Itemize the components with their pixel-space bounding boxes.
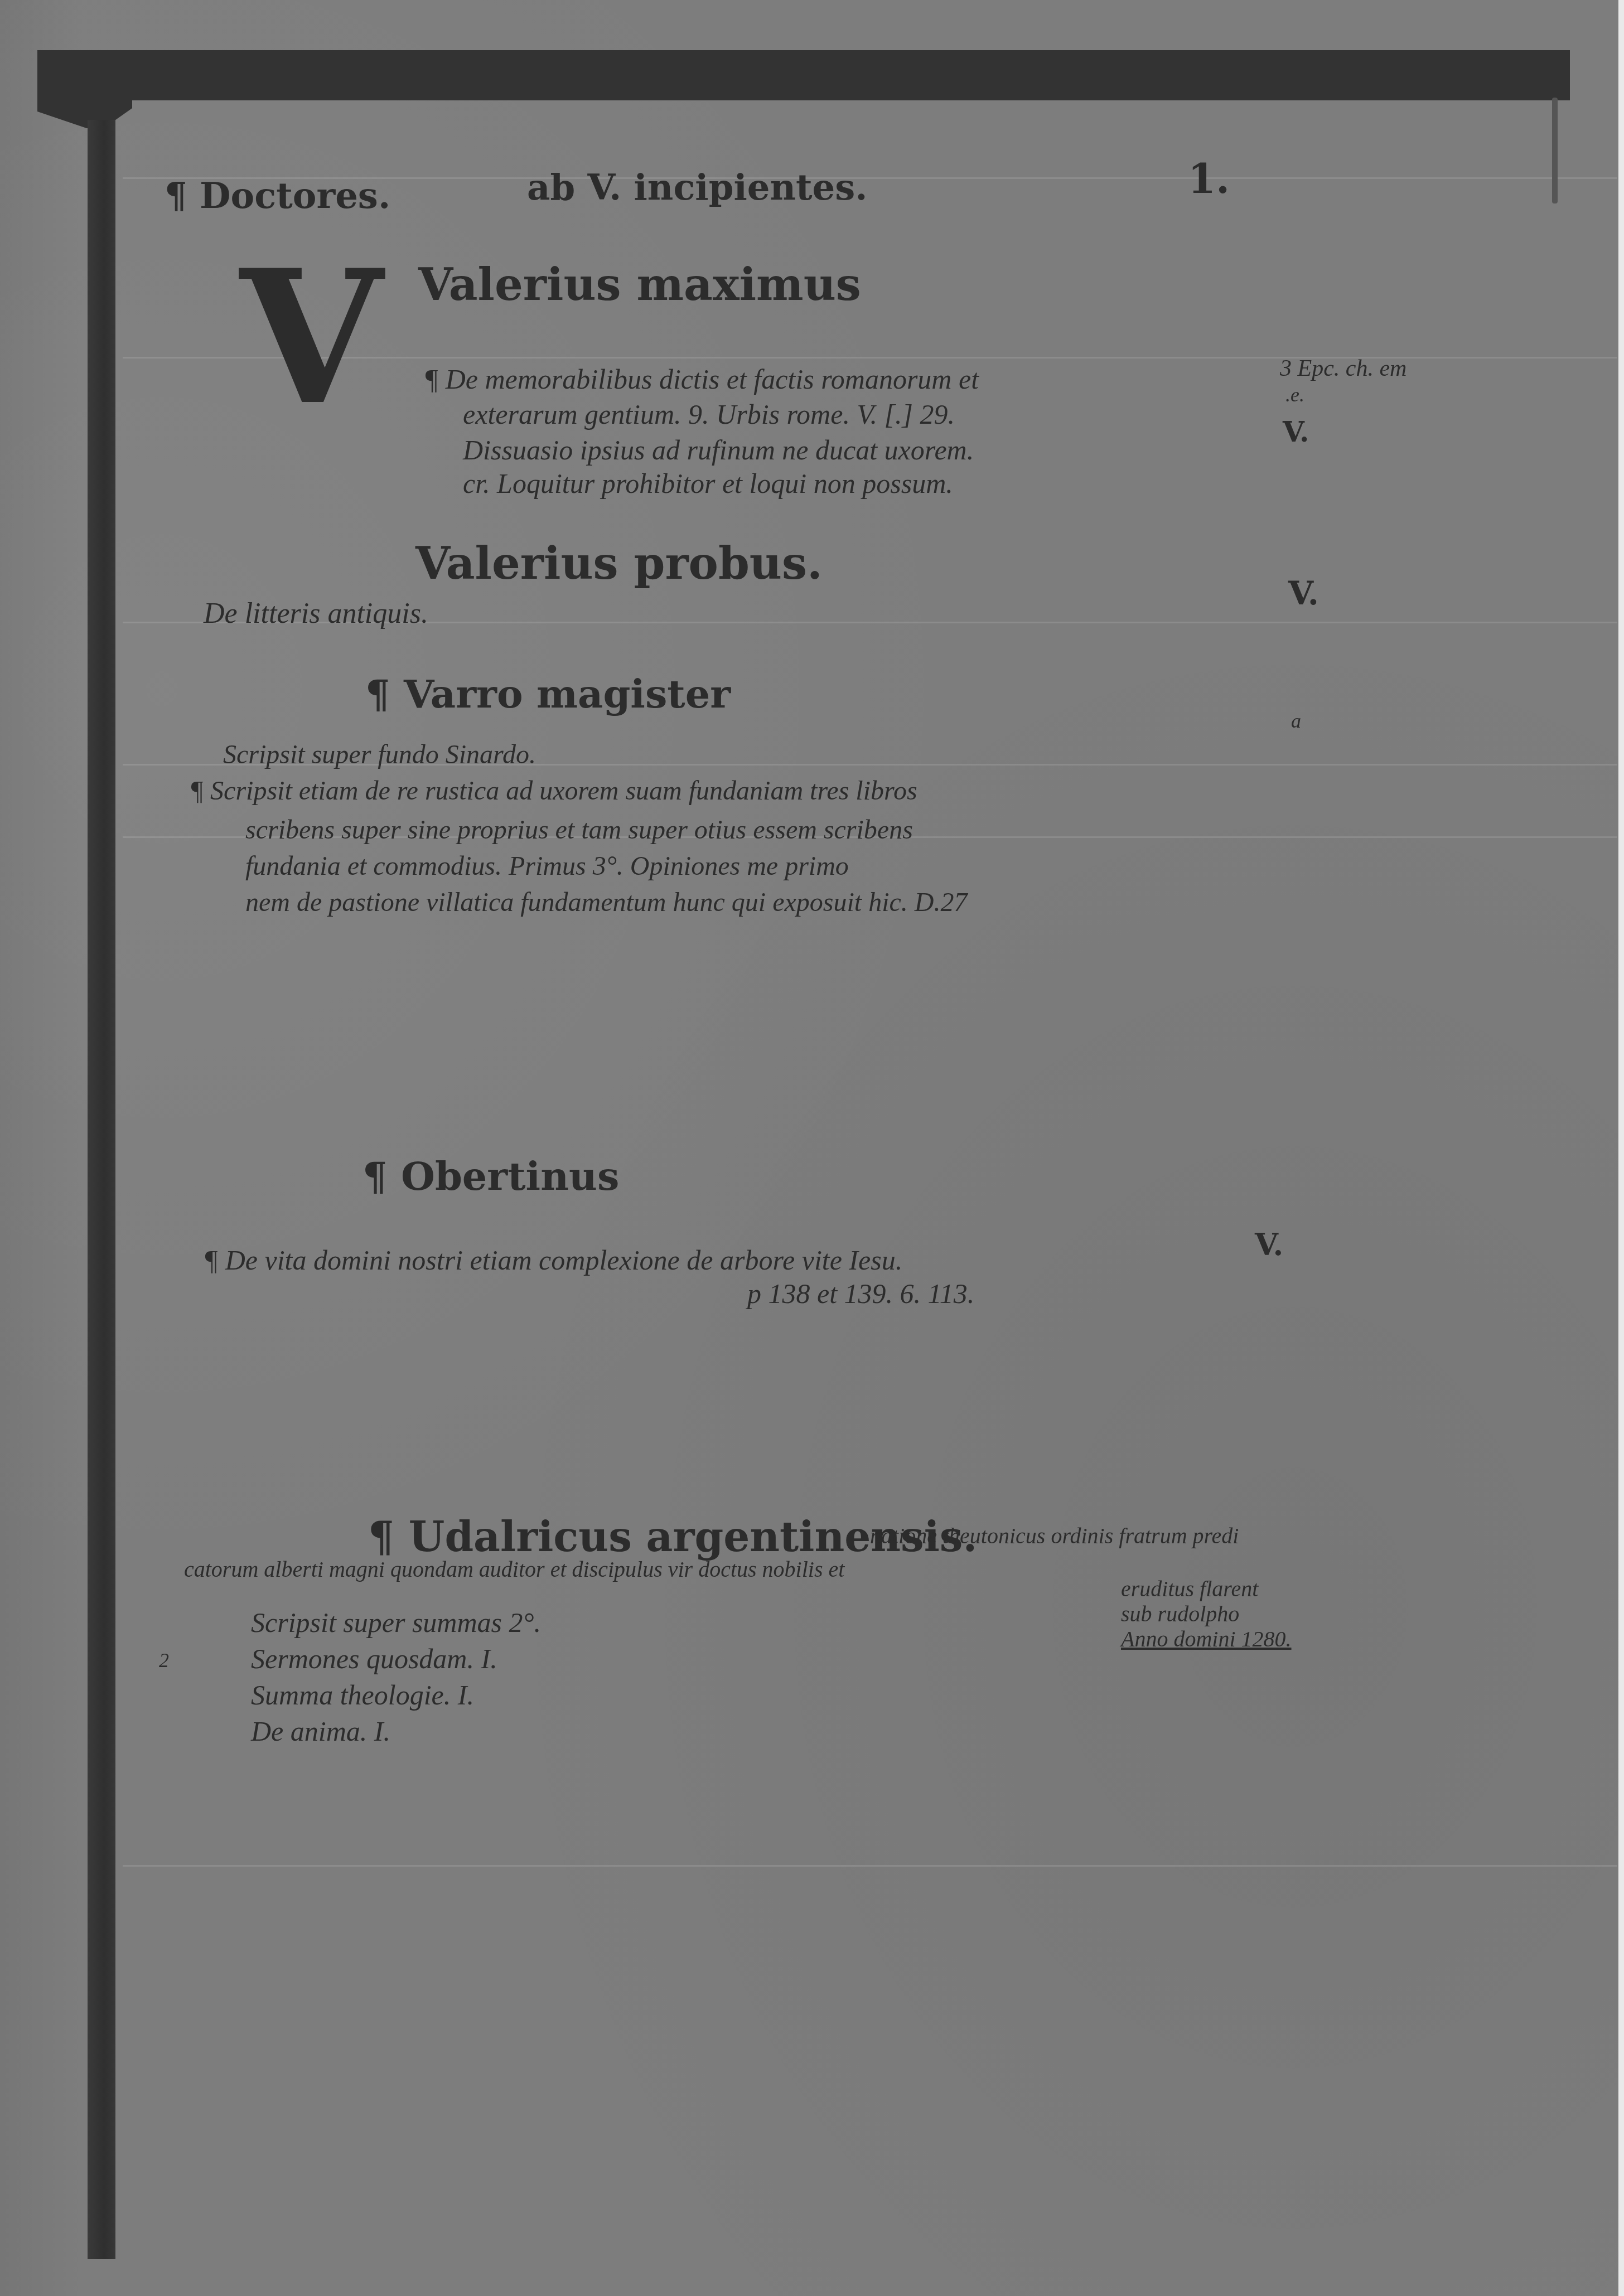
entry-line: ¶ De vita domini nostri etiam complexion… — [204, 1246, 902, 1274]
scan-edge — [1618, 0, 1624, 2296]
entry-line: Dissuasio ipsius ad rufinum ne ducat uxo… — [463, 436, 974, 464]
margin-note: 3 Epc. ch. em — [1280, 357, 1406, 380]
margin-note: 2 — [159, 1650, 169, 1670]
entry-line: De anima. I. — [251, 1717, 390, 1745]
entry-line: Sermones quosdam. I. — [251, 1645, 497, 1673]
margin-note: a — [1291, 711, 1301, 731]
decorated-initial: V — [240, 245, 383, 429]
margin-note: V. — [1255, 1229, 1283, 1260]
margin-note: V. — [1288, 577, 1319, 609]
entry-line: cr. Loquitur prohibitor et loqui non pos… — [463, 469, 953, 497]
margin-note: V. — [1283, 418, 1309, 446]
ink-drip — [1552, 98, 1558, 204]
margin-note: .e. — [1285, 385, 1304, 405]
entry-line: ¶ De memorabilibus dictis et factis roma… — [424, 365, 979, 393]
frame-left-bar — [88, 120, 115, 2259]
header-center: ab V. incipientes. — [527, 170, 868, 206]
entry-line: De litteris antiquis. — [204, 599, 428, 628]
author-heading: Valerius maximus — [418, 262, 861, 307]
entry-line: Scripsit super summas 2°. — [251, 1609, 541, 1636]
frame-top-bar — [37, 50, 1570, 100]
entry-line: ¶ Scripsit etiam de re rustica ad uxorem… — [190, 778, 917, 805]
author-note: eruditus flarent — [1121, 1578, 1258, 1600]
author-heading: ¶ Varro magister — [365, 675, 731, 714]
margin-shade — [0, 0, 84, 2296]
author-note: catorum alberti magni quondam auditor et… — [184, 1558, 844, 1581]
author-note: natione theutonicus ordinis fratrum pred… — [870, 1525, 1239, 1547]
entry-line: nem de pastione villatica fundamentum hu… — [245, 889, 967, 916]
entry-line: p 138 et 139. 6. 113. — [747, 1280, 974, 1307]
entry-line: Summa theologie. I. — [251, 1681, 474, 1709]
entry-line: scribens super sine proprius et tam supe… — [245, 817, 913, 844]
author-note: Anno domini 1280. — [1121, 1628, 1292, 1650]
folio-number: 1. — [1188, 159, 1230, 199]
author-note: sub rudolpho — [1121, 1603, 1239, 1625]
header-left: ¶ Doctores. — [165, 178, 390, 214]
author-heading: ¶ Obertinus — [362, 1157, 619, 1196]
entry-line: Scripsit super fundo Sinardo. — [223, 742, 536, 768]
entry-line: fundania et commodius. Primus 3°. Opinio… — [245, 853, 849, 880]
entry-line: exterarum gentium. 9. Urbis rome. V. [.]… — [463, 400, 955, 428]
ruled-line — [123, 1865, 1617, 1867]
author-heading: Valerius probus. — [415, 541, 823, 585]
